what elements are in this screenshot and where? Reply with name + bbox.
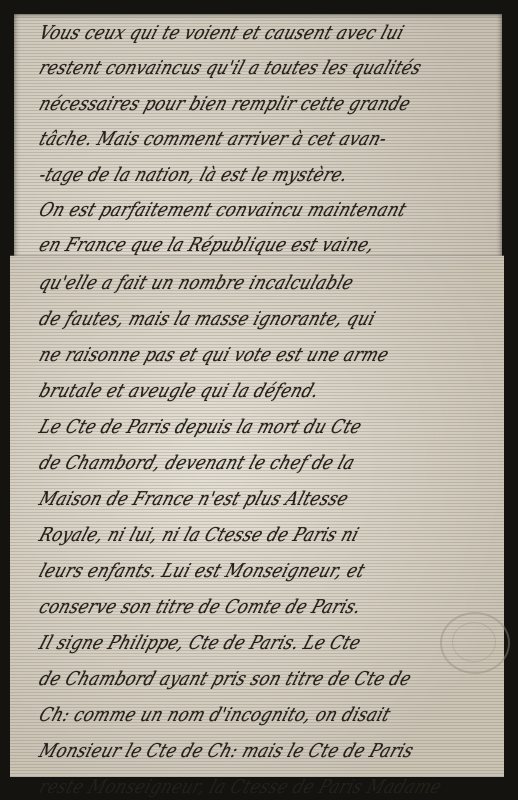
text-line: reste Monseigneur, la Ctesse de Paris Ma… bbox=[36, 776, 444, 798]
text-line: Maison de France n'est plus Altesse bbox=[36, 488, 351, 510]
text-line: de Chambord, devenant le chef de la bbox=[36, 452, 357, 474]
text-line: de Chambord ayant pris son titre de Cte … bbox=[36, 668, 414, 690]
text-line: qu'elle a fait un nombre incalculable bbox=[36, 272, 356, 294]
text-line: ne raisonne pas et qui vote est une arme bbox=[36, 344, 391, 366]
text-line: Il signe Philippe, Cte de Paris. Le Cte bbox=[36, 632, 363, 654]
text-line: conserve son titre de Comte de Paris. bbox=[36, 596, 364, 618]
text-line: brutale et aveugle qui la défend. bbox=[36, 380, 322, 402]
text-line: tâche. Mais comment arriver à cet avan- bbox=[36, 128, 389, 150]
text-line: leurs enfants. Lui est Monseigneur, et bbox=[36, 560, 367, 582]
text-line: restent convaincus qu'il a toutes les qu… bbox=[36, 57, 424, 79]
text-line: Monsieur le Cte de Ch: mais le Cte de Pa… bbox=[36, 740, 416, 762]
text-line: On est parfaitement convaincu maintenant bbox=[36, 199, 409, 221]
text-line: -tage de la nation, là est le mystère. bbox=[36, 164, 350, 186]
text-line: en France que la République est vaine, bbox=[36, 234, 377, 256]
text-line: nécessaires pour bien remplir cette gran… bbox=[36, 93, 413, 115]
text-line: Ch: comme un nom d'incognito, on disait bbox=[36, 704, 393, 726]
text-line: Le Cte de Paris depuis la mort du Cte bbox=[36, 416, 364, 438]
faint-stamp-inner-ring bbox=[452, 622, 496, 662]
text-line: Vous ceux qui te voient et causent avec … bbox=[36, 22, 406, 44]
text-line: Royale, ni lui, ni la Ctesse de Paris ni bbox=[36, 524, 361, 546]
text-line: de fautes, mais la masse ignorante, qui bbox=[36, 308, 378, 330]
letter-paper-lower-fold bbox=[10, 256, 504, 777]
